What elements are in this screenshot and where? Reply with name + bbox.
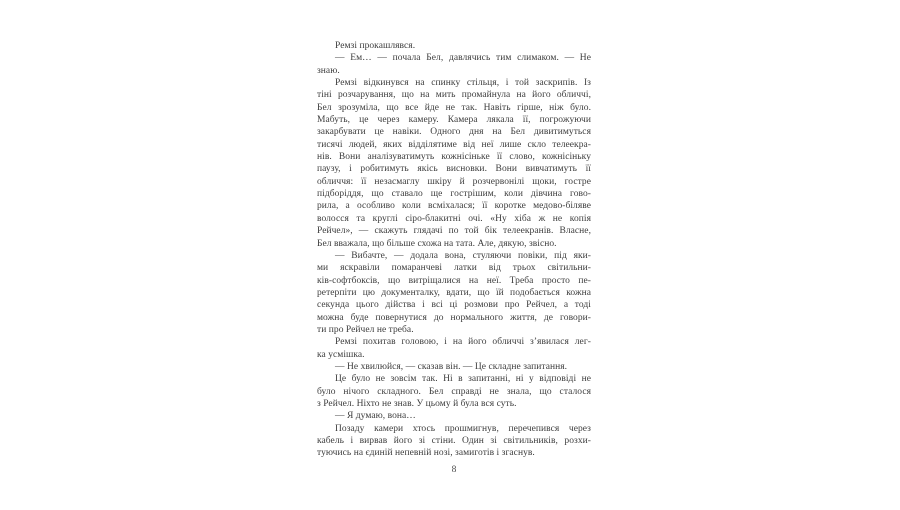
text-line: можна буде повернутися до нормального жи… — [317, 312, 591, 324]
text-line: було нічого складного. Бел справді не зн… — [317, 386, 591, 398]
text-line: Бел зрозуміла, що все йде не так. Навіть… — [317, 102, 591, 114]
text-line: туючись на єдиній непевній нозі, замигот… — [317, 447, 591, 459]
text-line: закарбувати це навіки. Одного дня на Бел… — [317, 126, 591, 138]
text-line: знаю. — [317, 65, 591, 77]
text-line: — Вибачте, — додала вона, стуляючи повік… — [317, 250, 591, 262]
text-line: Позаду камери хтось прошмигнув, перечепи… — [317, 423, 591, 435]
text-line: з Рейчел. Ніхто не знав. У цьому й була … — [317, 398, 591, 410]
text-line: кабель і вирвав його зі стіни. Один зі с… — [317, 435, 591, 447]
text-line: рила, а особливо коли всміхалася; її кор… — [317, 200, 591, 212]
text-line: ретерпіти цю документалку, вдати, що їй … — [317, 287, 591, 299]
text-line: Ремзі відкинувся на спинку стільця, і то… — [317, 77, 591, 89]
text-line: Бел вважала, що більше схожа на тата. Ал… — [317, 238, 591, 250]
page-number: 8 — [317, 464, 591, 476]
text-line: Рейчел», — скажуть глядачі по той бік те… — [317, 225, 591, 237]
text-line: підборіддя, що ставало ще гострішим, кол… — [317, 188, 591, 200]
text-line: секунда цього дійства і всі ці розмови п… — [317, 299, 591, 311]
text-line: Мабуть, це через камеру. Камера лякала ї… — [317, 114, 591, 126]
text-line: ти про Рейчел не треба. — [317, 324, 591, 336]
text-line: — Ем… — почала Бел, давлячись тим слимак… — [317, 52, 591, 64]
text-column: Ремзі прокашлявся.— Ем… — почала Бел, да… — [317, 40, 591, 460]
text-line: ми яскравіли помаранчеві латки від трьох… — [317, 262, 591, 274]
text-line: ка усмішка. — [317, 349, 591, 361]
text-line: нів. Вони аналізуватимуть кожнісіньке її… — [317, 151, 591, 163]
book-page: Ремзі прокашлявся.— Ем… — почала Бел, да… — [0, 0, 900, 510]
text-line: Ремзі похитав головою, і на його обличчі… — [317, 336, 591, 348]
text-line: Це було не зовсім так. Ні в запитанні, н… — [317, 373, 591, 385]
text-line: — Я думаю, вона… — [317, 410, 591, 422]
text-line: тисячі людей, яких відділятиме від неї л… — [317, 139, 591, 151]
text-line: Ремзі прокашлявся. — [317, 40, 591, 52]
text-line: волосся та круглі сіро-блакитні очі. «Ну… — [317, 213, 591, 225]
text-line: тіні розчарування, що на мить промайнула… — [317, 89, 591, 101]
text-line: ків-софтбоксів, що витріщалися на неї. Т… — [317, 275, 591, 287]
text-line: — Не хвилюйся, — сказав він. — Це складн… — [317, 361, 591, 373]
text-line: обличчя: її незасмаглу шкіру й розчервон… — [317, 176, 591, 188]
text-line: паузу, і робитимуть якісь висновки. Вони… — [317, 163, 591, 175]
